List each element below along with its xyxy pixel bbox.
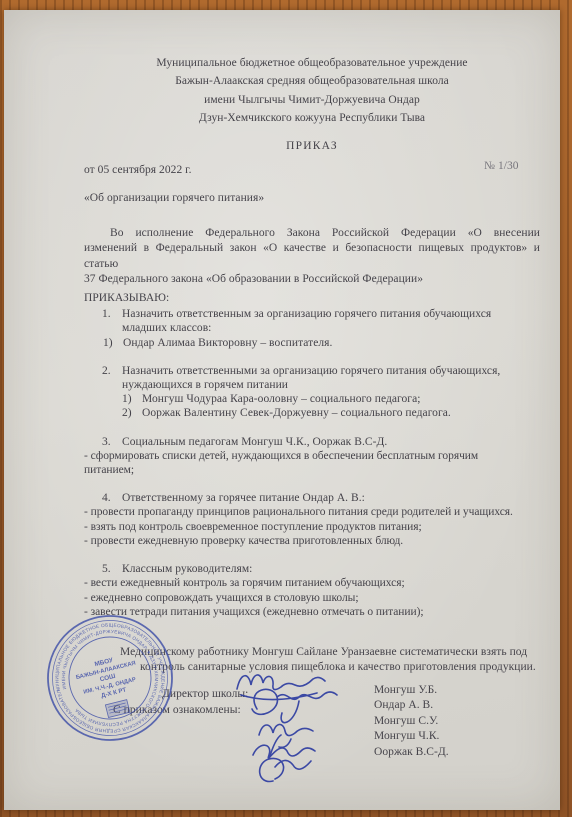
item-text-line: Ответственному за горячее питание Ондар … (122, 491, 365, 505)
stamp-code-box (105, 700, 129, 718)
school-stamp: МУНИЦИПАЛЬНОЕ БЮДЖЕТНОЕ ОБЩЕОБРАЗОВАТЕЛЬ… (44, 612, 176, 744)
preamble: Во исполнение Федерального Закона Россий… (84, 226, 540, 287)
subitem-row: 1) Монгуш Чодураа Кара-ооловну – социаль… (122, 392, 540, 406)
dash-line: - взять под контроль своевременное посту… (84, 520, 540, 534)
item-line: 2. Назначить ответственными за организац… (102, 364, 540, 378)
dash-line: - ежедневно сопровождать учащихся в стол… (84, 591, 540, 605)
item-text-line: нуждающихся в горячем питании (122, 378, 540, 392)
subitem-row: 1) Ондар Алимаа Викторовну – воспитателя… (103, 336, 540, 350)
order-item-1: 1. Назначить ответственным за организаци… (84, 307, 540, 350)
item-line: 3. Социальным педагогам Монгуш Ч.К., Оор… (102, 435, 540, 449)
item-number: 3. (102, 435, 122, 449)
decree-word: ПРИКАЗЫВАЮ: (84, 291, 540, 305)
order-number: № 1/30 (484, 159, 519, 173)
date-line: от 05 сентября 2022 г. (84, 164, 192, 176)
document-page: Муниципальное бюджетное общеобразователь… (4, 10, 560, 810)
item-line: 1. Назначить ответственным за организаци… (102, 307, 540, 321)
dash-line: питанием; (84, 463, 540, 477)
order-item-5: 5. Классным руководителям: - вести ежедн… (84, 562, 540, 619)
item-number: 1. (102, 307, 122, 321)
order-item-3: 3. Социальным педагогам Монгуш Ч.К., Оор… (84, 435, 540, 478)
item-line: 5. Классным руководителям: (102, 562, 540, 576)
header-line: Бажын-Алаакская средняя общеобразователь… (50, 72, 572, 90)
svg-text:МБОУ БАЖЫН-АЛААКСКАЯ: МБОУ БАЖЫН-АЛААКСКАЯ СОШ ИМ. Ч.Ч.-Д. ОНД… (71, 643, 146, 705)
subitem-text: Ооржак Валентину Севек-Доржуевну – социа… (142, 406, 451, 420)
subitem-text: Ондар Алимаа Викторовну – воспитателя. (123, 336, 332, 350)
item-number: 5. (102, 562, 122, 576)
header-line: Дзун-Хемчикского кожууна Республики Тыва (50, 109, 572, 127)
signatures-ink (229, 669, 389, 787)
order-item-2: 2. Назначить ответственными за организац… (84, 364, 540, 421)
dash-line: - провести пропаганду принципов рационал… (84, 505, 540, 519)
dash-line: - сформировать списки детей, нуждающихся… (84, 449, 540, 463)
preamble-line: Во исполнение Федерального Закона Россий… (84, 226, 540, 241)
item-number: 4. (102, 491, 122, 505)
doc-type-title: ПРИКАЗ (50, 139, 572, 153)
date-row: от 05 сентября 2022 г. № 1/30 (84, 163, 540, 177)
order-items: 1. Назначить ответственным за организаци… (84, 307, 540, 619)
subitem-number: 2) (122, 406, 142, 420)
header-line: Муниципальное бюджетное общеобразователь… (50, 54, 572, 72)
item-text-line: Классным руководителям: (122, 562, 252, 576)
item-line: 4. Ответственному за горячее питание Онд… (102, 491, 540, 505)
subitem-row: 2) Ооржак Валентину Севек-Доржуевну – со… (122, 406, 540, 420)
doc-header: Муниципальное бюджетное общеобразователь… (50, 54, 572, 128)
subject-line: «Об организации горячего питания» (84, 191, 540, 205)
order-item-4: 4. Ответственному за горячее питание Онд… (84, 491, 540, 548)
photo-background: Муниципальное бюджетное общеобразователь… (0, 0, 572, 817)
preamble-line: изменений в Федеральный закон «О качеств… (84, 241, 540, 271)
subitem-number: 1) (103, 336, 123, 350)
item-number: 2. (102, 364, 122, 378)
item-text-line: Социальным педагогам Монгуш Ч.К., Ооржак… (122, 435, 387, 449)
signature-scribble (260, 735, 311, 781)
subitem-number: 1) (122, 392, 142, 406)
item-text-line: Назначить ответственными за организацию … (122, 364, 500, 378)
item-text-line: младших классов: (122, 321, 540, 335)
dash-line: - вести ежедневный контроль за горячим п… (84, 576, 540, 590)
signature-scribble (237, 675, 325, 690)
item-text-line: Назначить ответственным за организацию г… (122, 307, 491, 321)
signature-scribble (259, 724, 313, 747)
subitem-text: Монгуш Чодураа Кара-ооловну – социальног… (142, 392, 420, 406)
medical-line: Медицинскому работнику Монгуш Сайлане Ур… (120, 645, 540, 660)
dash-line: - провести ежедневную проверку качества … (84, 534, 540, 548)
signature-scribble (252, 689, 337, 722)
header-line: имени Чылгычы Чимит-Доржуевича Ондар (50, 91, 572, 109)
preamble-line: 37 Федерального закона «Об образовании в… (84, 272, 540, 287)
